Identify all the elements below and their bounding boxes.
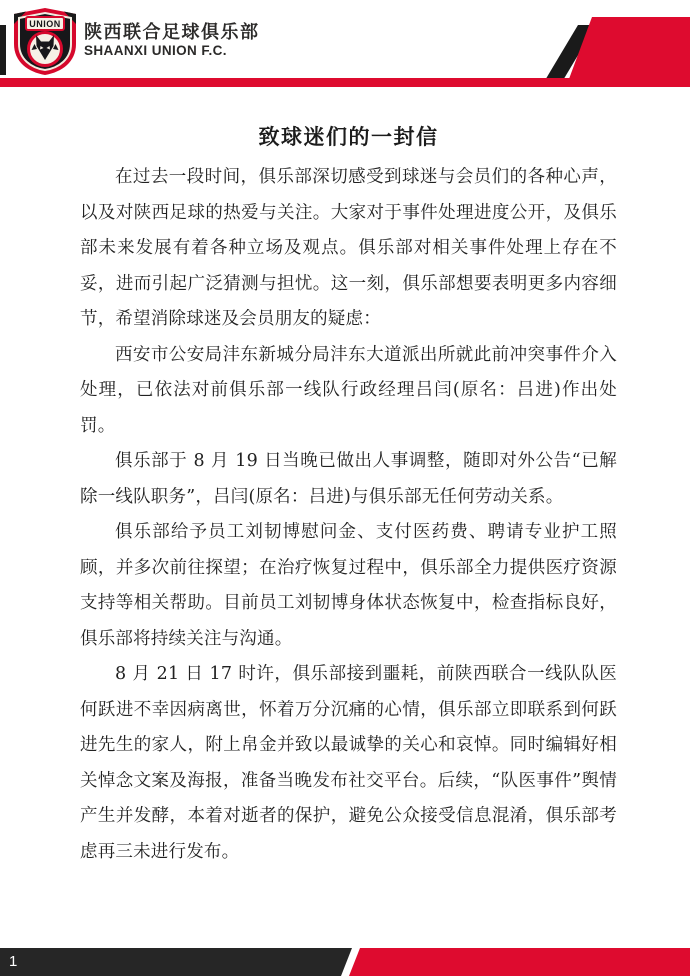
page-number: 1 <box>9 948 17 976</box>
shield-icon: UNION <box>14 8 76 75</box>
letter-paragraph-3: 俱乐部于 8 月 19 日当晚已做出人事调整，随即对外公告“已解除一线队职务”，… <box>80 444 617 515</box>
club-name-chinese: 陕西联合足球俱乐部 <box>84 22 260 43</box>
club-name-english: SHAANXI UNION F.C. <box>84 43 260 59</box>
letter-paragraph-1: 在过去一段时间，俱乐部深切感受到球迷与会员们的各种心声，以及对陕西足球的热爱与关… <box>80 160 617 338</box>
club-crest-logo: UNION <box>13 8 77 76</box>
page-footer: 1 <box>0 948 690 976</box>
letter-body: 致球迷们的一封信 在过去一段时间，俱乐部深切感受到球迷与会员们的各种心声，以及对… <box>80 122 617 870</box>
letter-page: UNION 陕西联合足球俱乐部 SHAANXI UNION F.C. 致球迷们的… <box>0 0 690 976</box>
letter-title: 致球迷们的一封信 <box>80 122 617 152</box>
header-red-bar <box>0 78 690 87</box>
left-accent-bar <box>0 25 6 75</box>
letter-paragraph-2: 西安市公安局沣东新城分局沣东大道派出所就此前冲突事件介入处理，已依法对前俱乐部一… <box>80 338 617 445</box>
club-name-block: 陕西联合足球俱乐部 SHAANXI UNION F.C. <box>84 22 260 59</box>
letter-paragraph-4: 俱乐部给予员工刘韧博慰问金、支付医药费、聘请专业护工照顾，并多次前往探望；在治疗… <box>80 515 617 657</box>
crest-banner-text: UNION <box>29 19 61 29</box>
letter-paragraph-5: 8 月 21 日 17 时许，俱乐部接到噩耗，前陕西联合一线队队医何跃进不幸因病… <box>80 657 617 870</box>
